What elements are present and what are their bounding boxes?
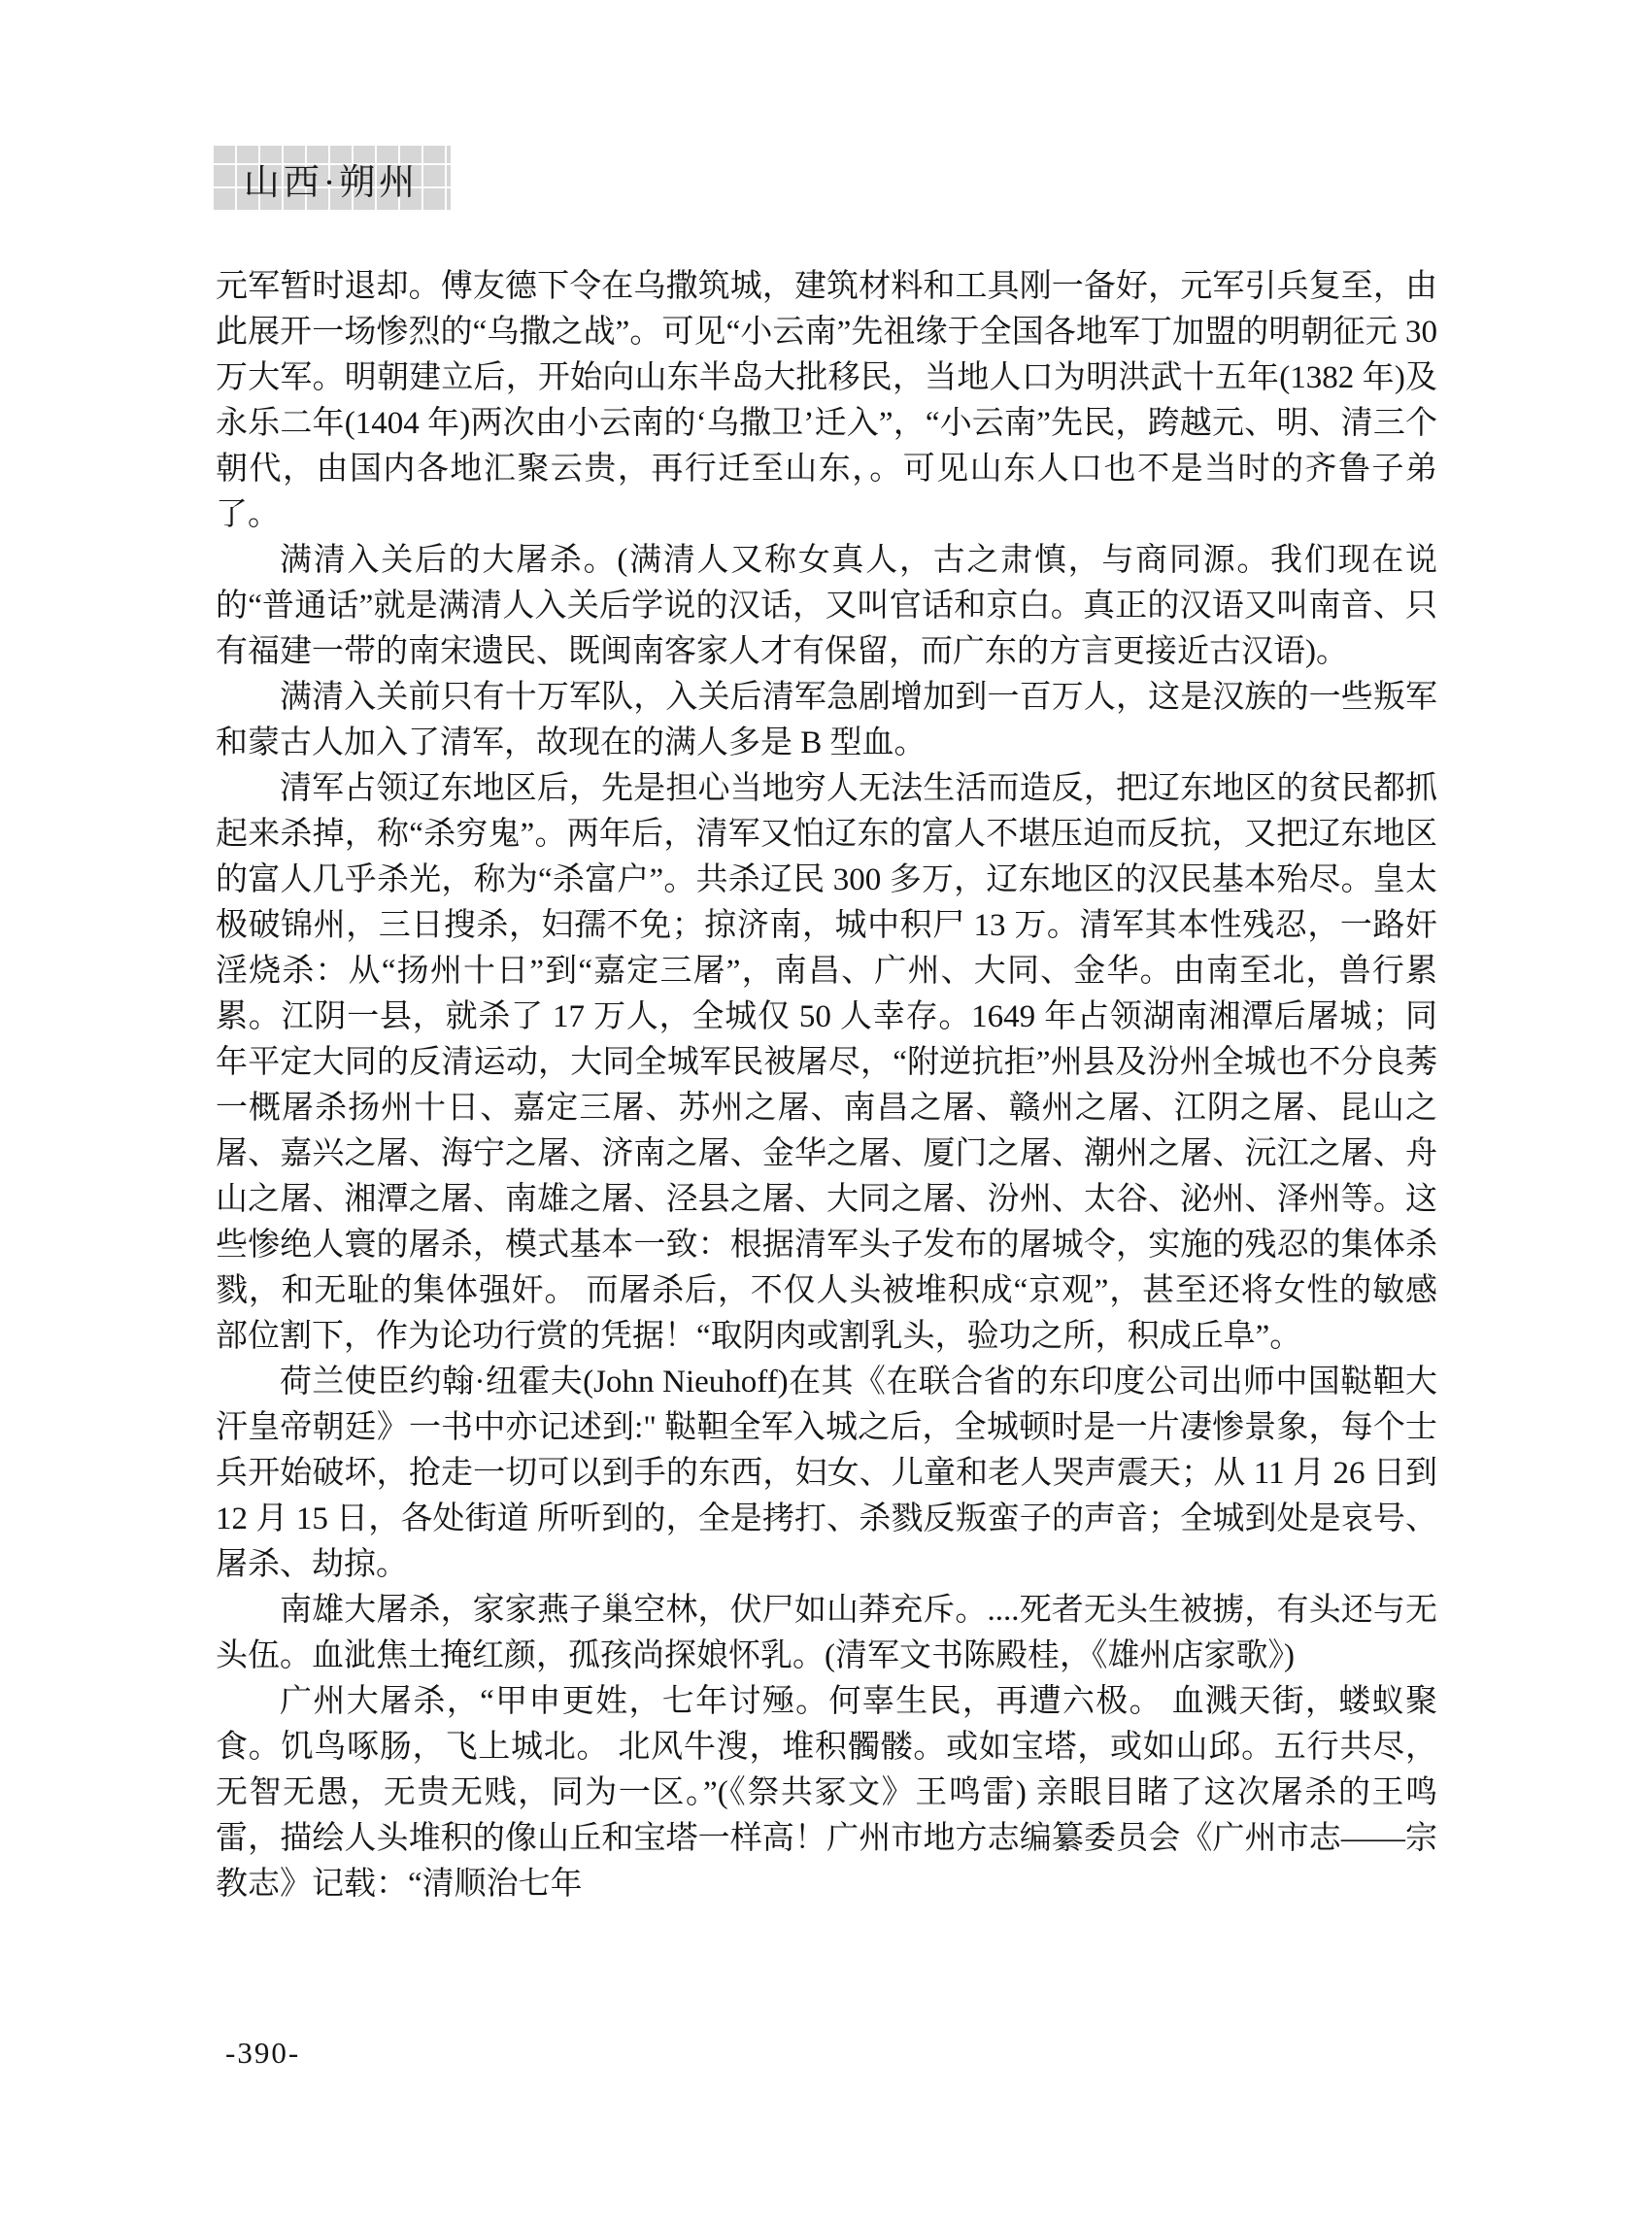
section-header-badge: 山西·朔州	[212, 146, 451, 212]
section-header-label: 山西·朔州	[244, 152, 419, 205]
paragraph-1: 元军暂时退却。傅友德下令在乌撒筑城，建筑材料和工具刚一备好，元军引兵复至，由此展…	[216, 264, 1437, 538]
page-number: -390-	[225, 2036, 300, 2071]
book-page: 山西·朔州 元军暂时退却。傅友德下令在乌撒筑城，建筑材料和工具刚一备好，元军引兵…	[0, 0, 1652, 2226]
paragraph-4: 清军占领辽东地区后，先是担心当地穷人无法生活而造反，把辽东地区的贫民都抓起来杀掉…	[216, 766, 1437, 1360]
paragraph-7: 广州大屠杀，“甲申更姓，七年讨殛。何辜生民，再遭六极。 血溅天街，蝼蚁聚食。饥鸟…	[216, 1679, 1437, 1907]
paragraph-2: 满清入关后的大屠杀。(满清人又称女真人，古之肃慎，与商同源。我们现在说的“普通话…	[216, 538, 1437, 675]
paragraph-3: 满清入关前只有十万军队，入关后清军急剧增加到一百万人，这是汉族的一些叛军和蒙古人…	[216, 675, 1437, 766]
body-text: 元军暂时退却。傅友德下令在乌撒筑城，建筑材料和工具刚一备好，元军引兵复至，由此展…	[216, 264, 1437, 1907]
paragraph-6: 南雄大屠杀，家家燕子巢空林，伏尸如山莽充斥。....死者无头生被掳，有头还与无头…	[216, 1588, 1437, 1679]
paragraph-5: 荷兰使臣约翰·纽霍夫(John Nieuhoff)在其《在联合省的东印度公司出师…	[216, 1360, 1437, 1588]
